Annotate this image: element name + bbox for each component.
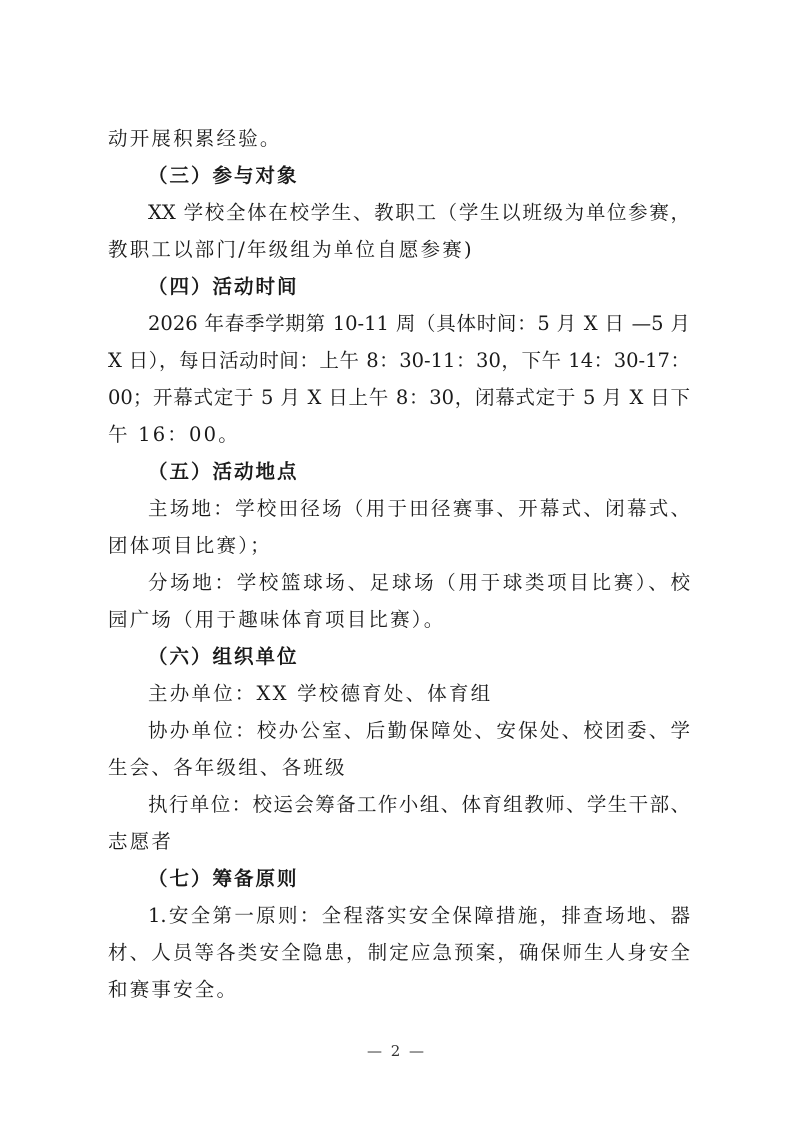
paragraph-line: XX 学校全体在校学生、教职工（学生以班级为单位参赛， — [108, 194, 690, 231]
section-heading-time: （四）活动时间 — [108, 268, 690, 305]
paragraph-line: 材、人员等各类安全隐患，制定应急预案，确保师生人身安全 — [108, 934, 690, 971]
paragraph-line: 和赛事安全。 — [108, 971, 690, 1008]
document-page: 动开展积累经验。 （三）参与对象 XX 学校全体在校学生、教职工（学生以班级为单… — [108, 120, 690, 1008]
paragraph-line: X 日），每日活动时间：上午 8：30-11：30，下午 14：30-17： — [108, 342, 690, 379]
paragraph-line: 执行单位：校运会筹备工作小组、体育组教师、学生干部、 — [108, 786, 690, 823]
paragraph-line: 主办单位：XX 学校德育处、体育组 — [108, 675, 690, 712]
section-heading-participants: （三）参与对象 — [108, 157, 690, 194]
paragraph-line: 00；开幕式定于 5 月 X 日上午 8：30，闭幕式定于 5 月 X 日下 — [108, 379, 690, 416]
paragraph-line: 志愿者 — [108, 823, 690, 860]
paragraph-line: 动开展积累经验。 — [108, 120, 690, 157]
paragraph-line: 团体项目比赛）； — [108, 527, 690, 564]
paragraph-line: 午 16：00。 — [108, 416, 690, 453]
section-heading-location: （五）活动地点 — [108, 453, 690, 490]
paragraph-line: 生会、各年级组、各班级 — [108, 749, 690, 786]
section-heading-organizers: （六）组织单位 — [108, 638, 690, 675]
paragraph-line: 1.安全第一原则：全程落实安全保障措施，排查场地、器 — [108, 897, 690, 934]
paragraph-line: 2026 年春季学期第 10-11 周（具体时间：5 月 X 日 —5 月 — [108, 305, 690, 342]
paragraph-line: 主场地：学校田径场（用于田径赛事、开幕式、闭幕式、 — [108, 490, 690, 527]
page-number: — 2 — — [0, 1042, 793, 1060]
section-heading-principles: （七）筹备原则 — [108, 860, 690, 897]
paragraph-line: 园广场（用于趣味体育项目比赛）。 — [108, 601, 690, 638]
paragraph-line: 协办单位：校办公室、后勤保障处、安保处、校团委、学 — [108, 712, 690, 749]
paragraph-line: 分场地：学校篮球场、足球场（用于球类项目比赛）、校 — [108, 564, 690, 601]
paragraph-line: 教职工以部门/年级组为单位自愿参赛) — [108, 231, 690, 268]
